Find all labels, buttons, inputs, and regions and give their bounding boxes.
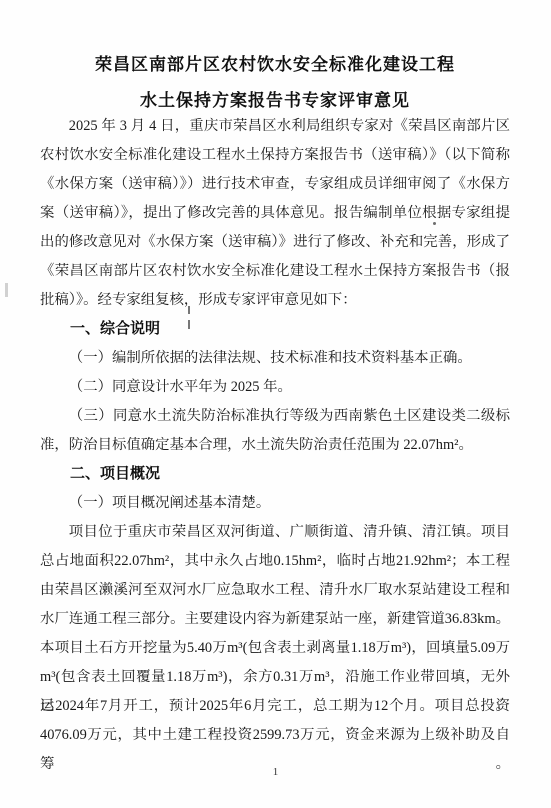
body-line: 已2024年7月开工，预计2025年6月完工，总工期为12个月。项目总投资 <box>40 692 510 721</box>
body-line: 总占地面积22.07hm²，其中永久占地0.15hm²，临时占地21.92hm²… <box>40 547 510 576</box>
document-title-line1: 荣昌区南部片区农村饮水安全标准化建设工程 <box>40 50 510 75</box>
document-body: 2025 年 3 月 4 日，重庆市荣昌区水利局组织专家对《荣昌区南部片区农村饮… <box>40 112 510 750</box>
body-line: 水厂连通工程三部分。主要建设内容为新建泵站一座，新建管道36.83km。 <box>40 605 510 634</box>
section-heading: 二、项目概况 <box>40 460 510 489</box>
body-line: 由荣昌区濑溪河至双河水厂应急取水工程、清升水厂取水泵站建设工程和 <box>40 576 510 605</box>
scan-artifact-dot <box>433 222 436 225</box>
body-line: 批稿）》。经专家组复核，形成专家评审意见如下： <box>40 286 510 315</box>
body-line: 《荣昌区南部片区农村饮水安全标准化建设工程水土保持方案报告书（报 <box>40 257 510 286</box>
body-line: （一）项目概况阐述基本清楚。 <box>40 489 510 518</box>
body-line: 本项目土石方开挖量为5.40万m³(包含表土剥离量1.18万m³)，回填量5.0… <box>40 634 510 663</box>
page-number: 1 <box>0 766 551 778</box>
body-line: 4076.09万元，其中土建工程投资2599.73万元，资金来源为上级补助及自筹… <box>40 721 510 750</box>
scan-artifact-edge-mark <box>5 283 8 297</box>
document-title-line2: 水土保持方案报告书专家评审意见 <box>40 86 510 111</box>
body-line: 农村饮水安全标准化建设工程水土保持方案报告书（送审稿）》（以下简称 <box>40 141 510 170</box>
body-line: 2025 年 3 月 4 日，重庆市荣昌区水利局组织专家对《荣昌区南部片区 <box>40 112 510 141</box>
body-line: （二）同意设计水平年为 2025 年。 <box>40 373 510 402</box>
scan-artifact-tick <box>188 306 190 314</box>
body-line: （三）同意水土流失防治标准执行等级为西南紫色土区建设类二级标 <box>40 402 510 431</box>
body-line: 案（送审稿）》，提出了修改完善的具体意见。报告编制单位根据专家组提 <box>40 199 510 228</box>
section-heading: 一、综合说明 <box>40 315 510 344</box>
body-line: 项目位于重庆市荣昌区双河街道、广顺街道、清升镇、清江镇。项目 <box>40 518 510 547</box>
body-line: m³(包含表土回覆量1.18万m³)，余方0.31万m³，沿施工作业带回填，无外… <box>40 663 510 692</box>
body-line: 《水保方案（送审稿）》）进行技术审查，专家组成员详细审阅了《水保方 <box>40 170 510 199</box>
scanned-document-page: 荣昌区南部片区农村饮水安全标准化建设工程 水土保持方案报告书专家评审意见 202… <box>0 0 551 808</box>
body-line: 准，防治目标值确定基本合理，水土流失防治责任范围为 22.07hm²。 <box>40 431 510 460</box>
scan-artifact-tick <box>188 320 190 329</box>
body-line: 出的修改意见对《水保方案（送审稿）》进行了修改、补充和完善，形成了 <box>40 228 510 257</box>
body-line: （一）编制所依据的法律法规、技术标准和技术资料基本正确。 <box>40 344 510 373</box>
